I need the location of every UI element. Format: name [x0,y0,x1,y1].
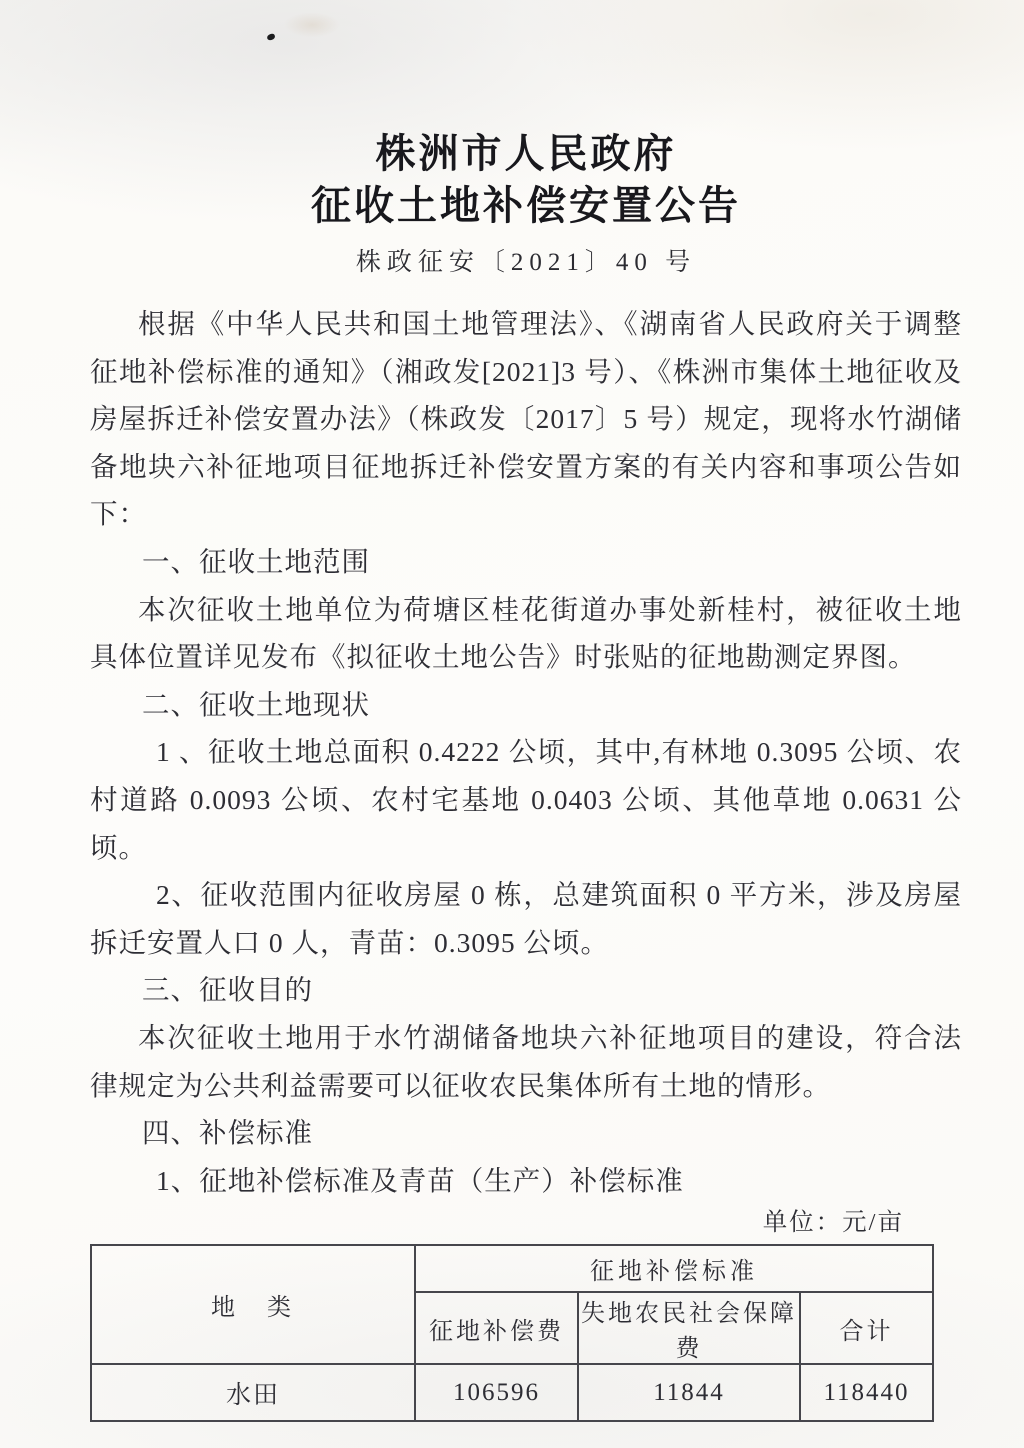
paragraph-houses: 2、征收范围内征收房屋 0 栋，总建筑面积 0 平方米，涉及房屋拆迁安置人口 0… [90,871,962,966]
table-row-paddy-field: 水田 106596 11844 118440 [91,1364,933,1421]
scanned-notice-page: 株洲市人民政府 征收土地补偿安置公告 株政征安〔2021〕40 号 根据《中华人… [0,0,1024,1448]
cell-total: 118440 [800,1364,933,1421]
table-header-land-type: 地 类 [91,1245,415,1364]
compensation-table: 地 类 征地补偿标准 征地补偿费 失地农民社会保障费 合计 水田 106596 … [90,1244,934,1422]
table-header-group-compensation-standard: 征地补偿标准 [415,1245,933,1292]
paragraph-standard-intro: 1、征地补偿标准及青苗（生产）补偿标准 [90,1157,962,1205]
table-header-total: 合计 [800,1292,933,1364]
cell-social-security-fee: 11844 [578,1364,800,1421]
paragraph-basis: 根据《中华人民共和国土地管理法》、《湖南省人民政府关于调整征地补偿标准的通知》（… [90,300,962,538]
document-body: 根据《中华人民共和国土地管理法》、《湖南省人民政府关于调整征地补偿标准的通知》（… [90,300,962,1204]
cell-land-type: 水田 [91,1364,415,1421]
cell-compensation-fee: 106596 [415,1364,578,1421]
paragraph-purpose: 本次征收土地用于水竹湖储备地块六补征地项目的建设，符合法律规定为公共利益需要可以… [90,1014,962,1109]
unit-label: 单位：元/亩 [90,1208,932,1238]
paragraph-scope: 本次征收土地单位为荷塘区桂花街道办事处新桂村，被征收土地具体位置详见发布《拟征收… [90,586,962,681]
paragraph-land-area: 1 、征收土地总面积 0.4222 公顷，其中,有林地 0.3095 公顷、农村… [90,728,962,871]
document-title: 株洲市人民政府 征收土地补偿安置公告 [90,128,962,232]
document-content: 株洲市人民政府 征收土地补偿安置公告 株政征安〔2021〕40 号 根据《中华人… [90,128,962,1422]
section-heading-2-status: 二、征收土地现状 [90,681,962,729]
section-heading-4-standard: 四、补偿标准 [90,1109,962,1157]
title-line-2: 征收土地补偿安置公告 [90,180,962,232]
document-number: 株政征安〔2021〕40 号 [90,246,962,280]
section-heading-3-purpose: 三、征收目的 [90,966,962,1014]
table-header-compensation-fee: 征地补偿费 [415,1292,578,1364]
table-header-social-security-fee: 失地农民社会保障费 [578,1292,800,1364]
title-line-1: 株洲市人民政府 [90,128,962,180]
scan-smudge-artifact [258,8,348,56]
section-heading-1-scope: 一、征收土地范围 [90,538,962,586]
